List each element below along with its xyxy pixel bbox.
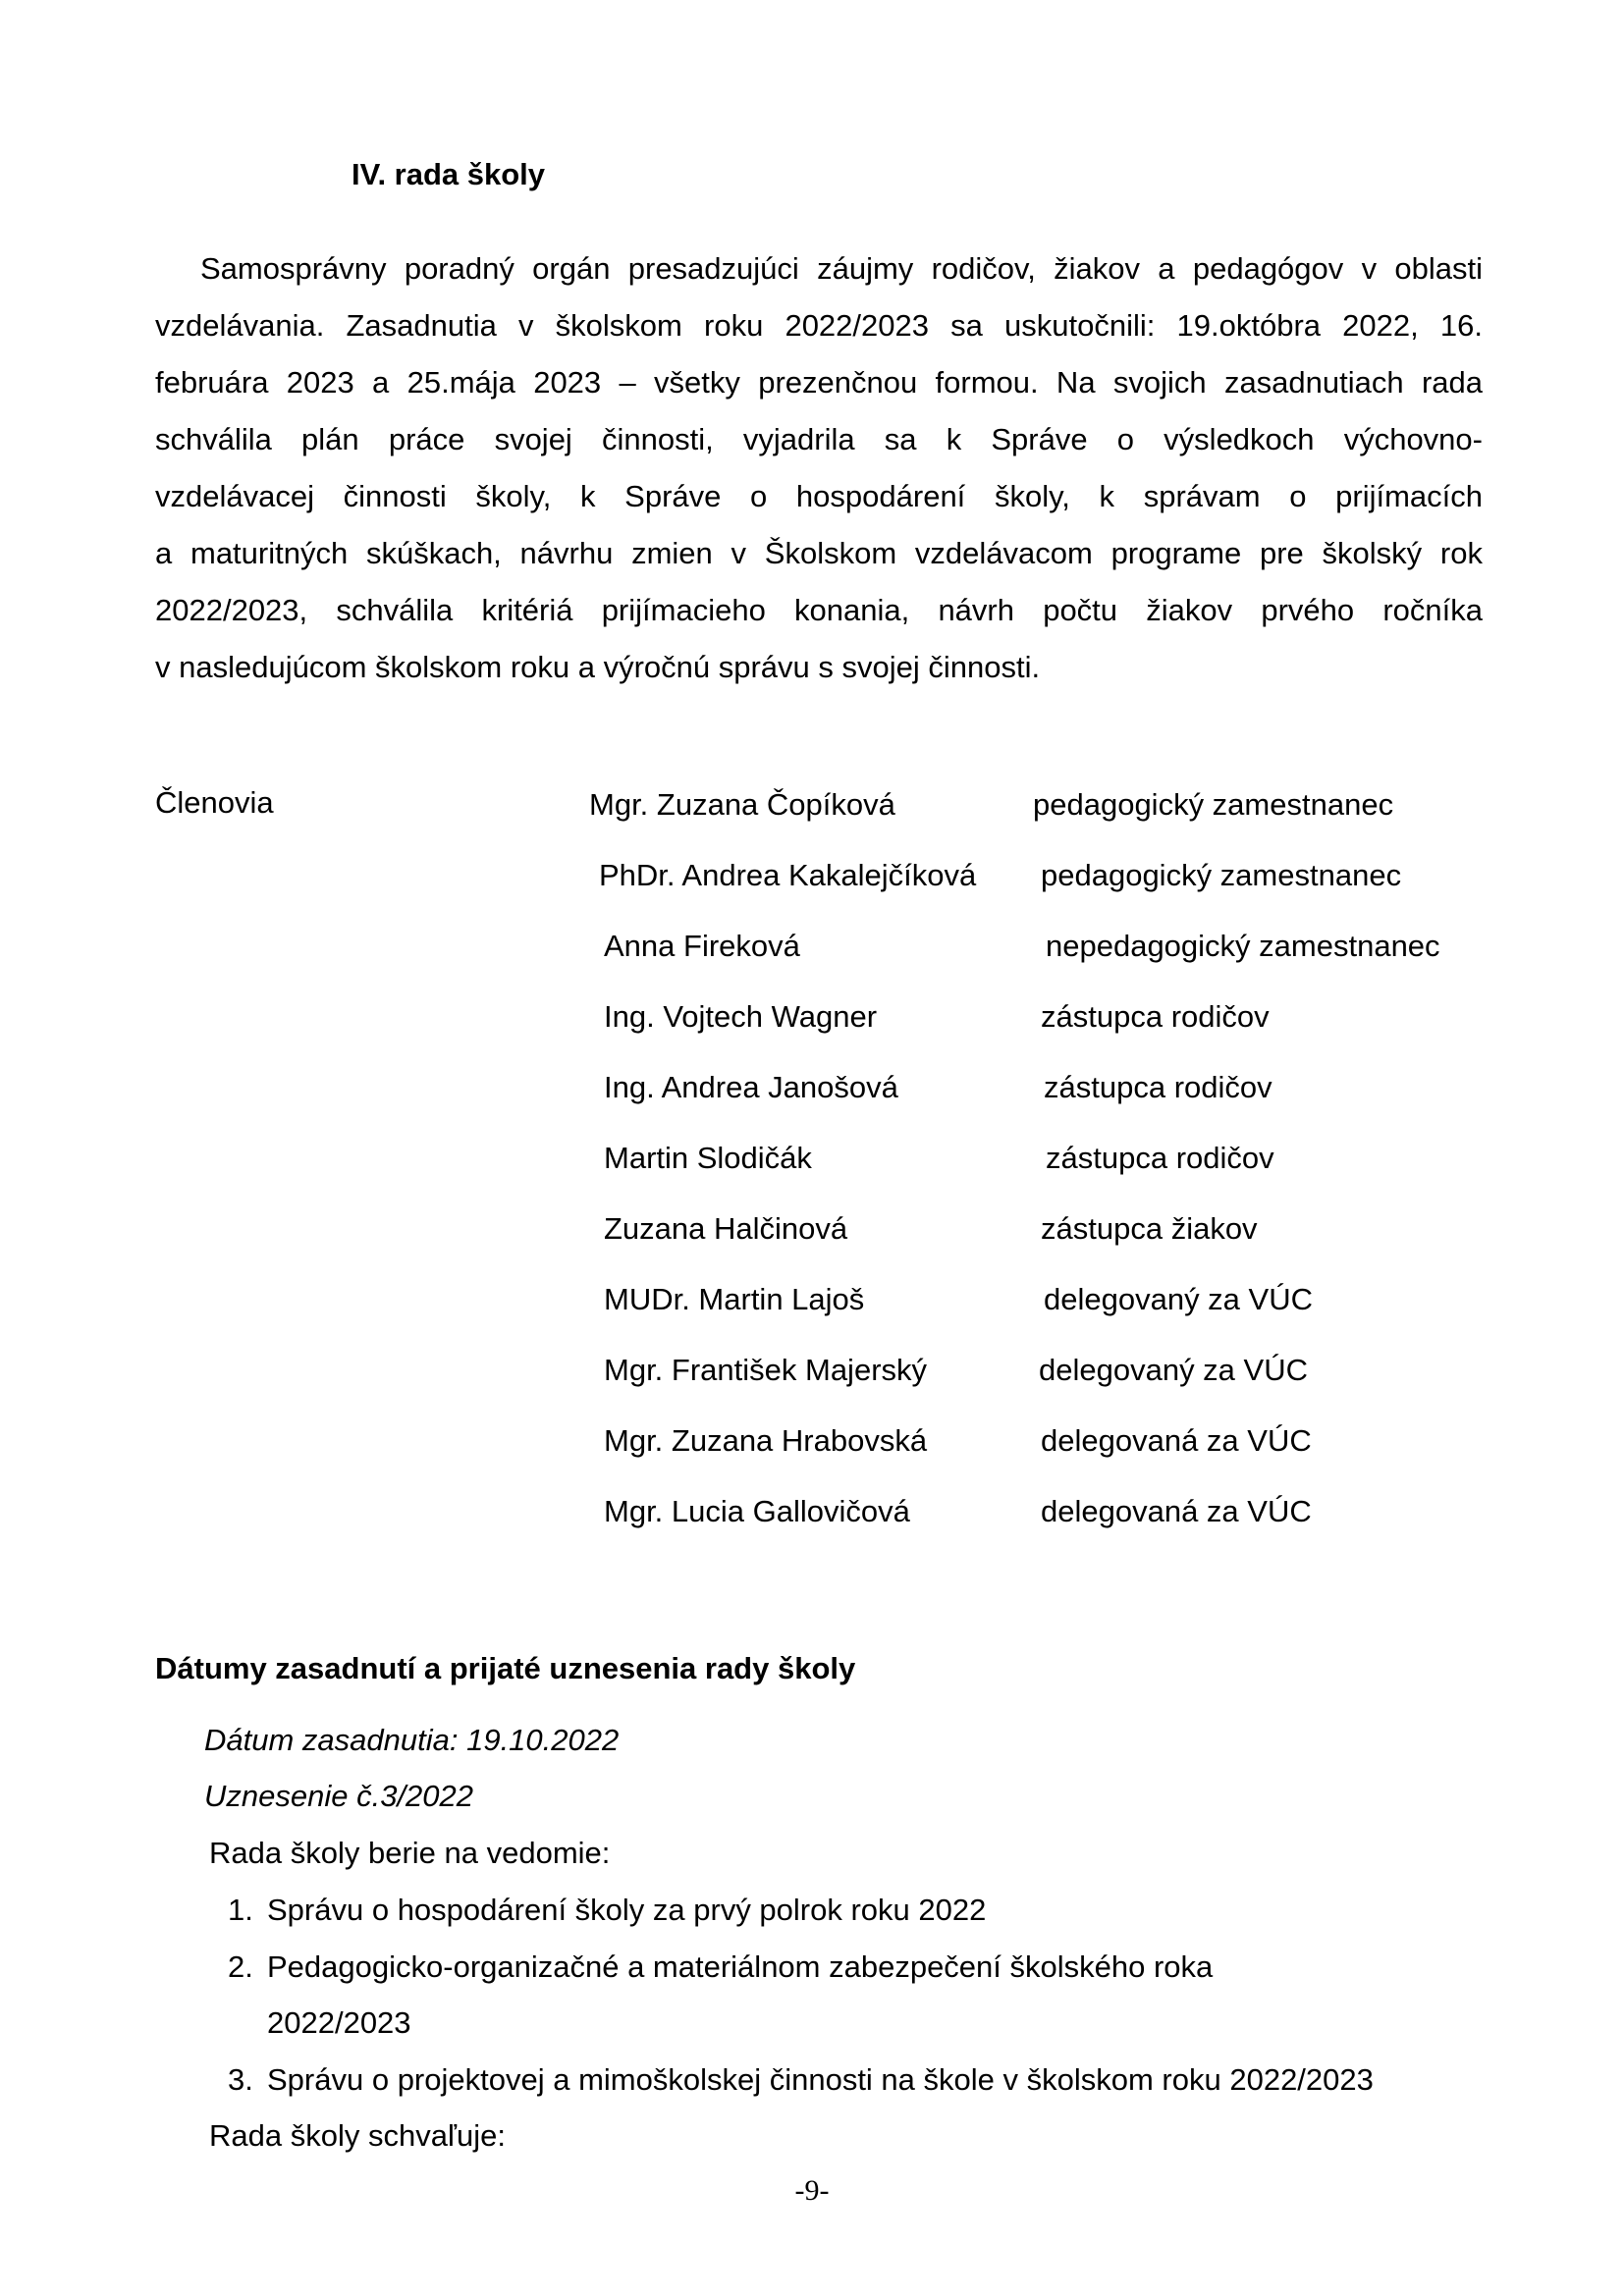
member-role: zástupca rodičov [1041, 997, 1270, 1037]
member-role: zástupca rodičov [1044, 1068, 1272, 1107]
meetings-heading: Dátumy zasadnutí a prijaté uznesenia rad… [155, 1651, 855, 1686]
section-title: IV. rada školy [352, 157, 545, 192]
intro-line: schválila plán práce svojej činnosti, vy… [155, 411, 1483, 468]
member-role: delegovaná za VÚC [1041, 1421, 1312, 1461]
member-row: Mgr. Zuzana Hrabovskádelegovaná za VÚC [0, 1421, 1624, 1461]
page-number: -9- [0, 2174, 1624, 2208]
intro-line: a maturitných skúškach, návrhu zmien v Š… [155, 525, 1483, 582]
intro-paragraph: Samosprávny poradný orgán presadzujúci z… [155, 240, 1483, 696]
member-role: zástupca rodičov [1046, 1139, 1274, 1178]
item-text-continuation: 2022/2023 [267, 2005, 411, 2041]
item-text: Správu o hospodárení školy za prvý polro… [267, 1893, 986, 1928]
member-row: Ing. Vojtech Wagnerzástupca rodičov [0, 997, 1624, 1037]
member-name: Mgr. Zuzana Čopíková [589, 785, 895, 825]
member-role: pedagogický zamestnanec [1033, 785, 1393, 825]
intro-line: v nasledujúcom školskom roku a výročnú s… [155, 639, 1483, 696]
item-number: 3. [228, 2062, 253, 2098]
intro-line: vzdelávacej činnosti školy, k Správe o h… [155, 468, 1483, 525]
member-row: Martin Slodičákzástupca rodičov [0, 1139, 1624, 1178]
item-number: 2. [228, 1949, 253, 1985]
member-role: pedagogický zamestnanec [1041, 856, 1401, 895]
intro-line: Samosprávny poradný orgán presadzujúci z… [155, 240, 1483, 297]
member-role: zástupca žiakov [1041, 1209, 1258, 1249]
approves-label: Rada školy schvaľuje: [209, 2118, 506, 2154]
member-name: Ing. Andrea Janošová [604, 1068, 898, 1107]
member-name: PhDr. Andrea Kakalejčíková [599, 856, 976, 895]
member-name: Ing. Vojtech Wagner [604, 997, 877, 1037]
member-name: MUDr. Martin Lajoš [604, 1280, 864, 1319]
member-name: Martin Slodičák [604, 1139, 812, 1178]
member-row: Zuzana Halčinovázástupca žiakov [0, 1209, 1624, 1249]
member-row: PhDr. Andrea Kakalejčíkovápedagogický za… [0, 856, 1624, 895]
intro-line: 2022/2023, schválila kritériá prijímacie… [155, 582, 1483, 639]
member-row: Anna Firekovánepedagogický zamestnanec [0, 927, 1624, 966]
member-name: Zuzana Halčinová [604, 1209, 847, 1249]
member-name: Mgr. Zuzana Hrabovská [604, 1421, 927, 1461]
item-text: Správu o projektovej a mimoškolskej činn… [267, 2062, 1374, 2098]
member-row: Mgr. Zuzana Čopíkovápedagogický zamestna… [0, 785, 1624, 825]
member-name: Mgr. Lucia Gallovičová [604, 1492, 910, 1531]
member-name: Anna Fireková [604, 927, 800, 966]
member-role: delegovaný za VÚC [1044, 1280, 1313, 1319]
takes-note-label: Rada školy berie na vedomie: [209, 1836, 610, 1871]
member-row: Mgr. František Majerskýdelegovaný za VÚC [0, 1351, 1624, 1390]
item-number: 1. [228, 1893, 253, 1928]
intro-line: vzdelávania. Zasadnutia v školskom roku … [155, 297, 1483, 354]
member-row: MUDr. Martin Lajošdelegovaný za VÚC [0, 1280, 1624, 1319]
member-role: nepedagogický zamestnanec [1046, 927, 1440, 966]
member-name: Mgr. František Majerský [604, 1351, 927, 1390]
intro-line: februára 2023 a 25.mája 2023 – všetky pr… [155, 354, 1483, 411]
member-row: Mgr. Lucia Gallovičovádelegovaná za VÚC [0, 1492, 1624, 1531]
meeting-date: Dátum zasadnutia: 19.10.2022 [204, 1723, 619, 1758]
member-role: delegovaný za VÚC [1039, 1351, 1308, 1390]
item-text: Pedagogicko-organizačné a materiálnom za… [267, 1949, 1213, 1985]
member-role: delegovaná za VÚC [1041, 1492, 1312, 1531]
member-row: Ing. Andrea Janošovázástupca rodičov [0, 1068, 1624, 1107]
resolution-number: Uznesenie č.3/2022 [204, 1779, 473, 1814]
